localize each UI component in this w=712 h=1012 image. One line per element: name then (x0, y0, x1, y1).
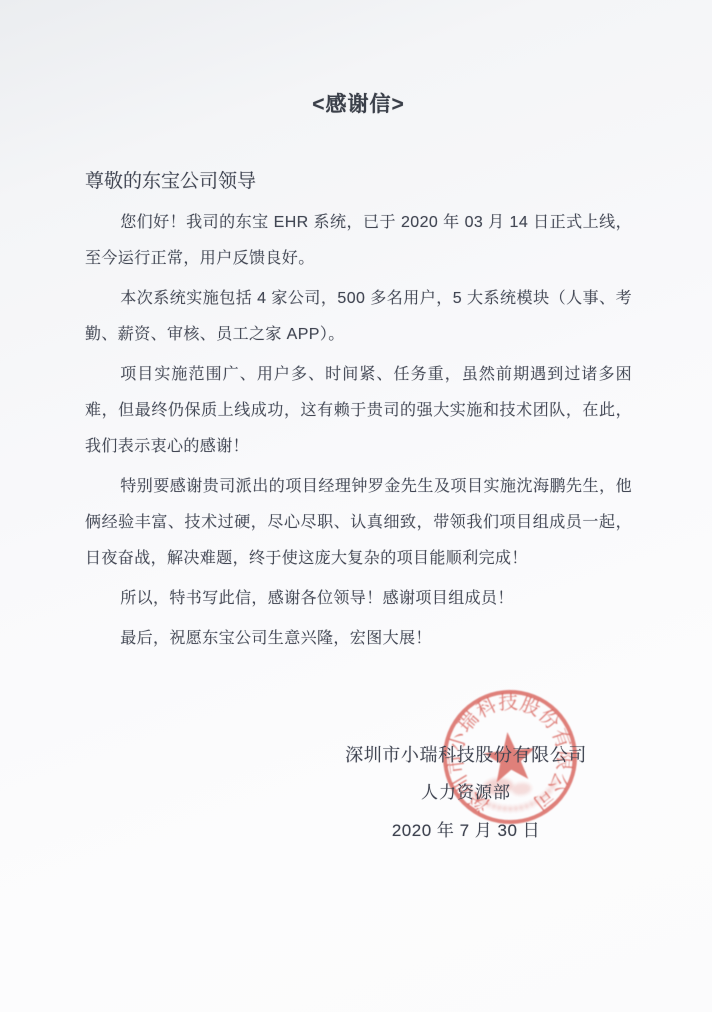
paragraph: 本次系统实施包括 4 家公司，500 多名用户，5 大系统模块（人事、考勤、薪资… (85, 281, 632, 353)
paragraph: 最后，祝愿东宝公司生意兴隆，宏图大展！ (85, 621, 632, 657)
letter-paragraphs: 您们好！我司的东宝 EHR 系统，已于 2020 年 03 月 14 日正式上线… (85, 205, 632, 657)
letter-title: <感谢信> (85, 90, 632, 120)
signature-block: 深圳市小瑞科技股份有限公司 人力资源部 2020 年 7 月 30 日 (316, 736, 616, 850)
signature-department: 人力资源部 (316, 774, 616, 812)
paragraph: 项目实施范围广、用户多、时间紧、任务重，虽然前期遇到过诸多困难，但最终仍保质上线… (85, 357, 632, 465)
salutation: 尊敬的东宝公司领导 (85, 169, 632, 195)
paragraph: 您们好！我司的东宝 EHR 系统，已于 2020 年 03 月 14 日正式上线… (85, 205, 632, 277)
signature-date: 2020 年 7 月 30 日 (316, 812, 616, 850)
paragraph: 特别要感谢贵司派出的项目经理钟罗金先生及项目实施沈海鹏先生，他俩经验丰富、技术过… (85, 469, 632, 577)
signature-company: 深圳市小瑞科技股份有限公司 (316, 736, 616, 774)
letter-body: <感谢信> 尊敬的东宝公司领导 您们好！我司的东宝 EHR 系统，已于 2020… (0, 0, 712, 657)
paragraph: 所以，特书写此信，感谢各位领导！感谢项目组成员！ (85, 581, 632, 617)
scanned-letter-page: <感谢信> 尊敬的东宝公司领导 您们好！我司的东宝 EHR 系统，已于 2020… (0, 0, 712, 1012)
